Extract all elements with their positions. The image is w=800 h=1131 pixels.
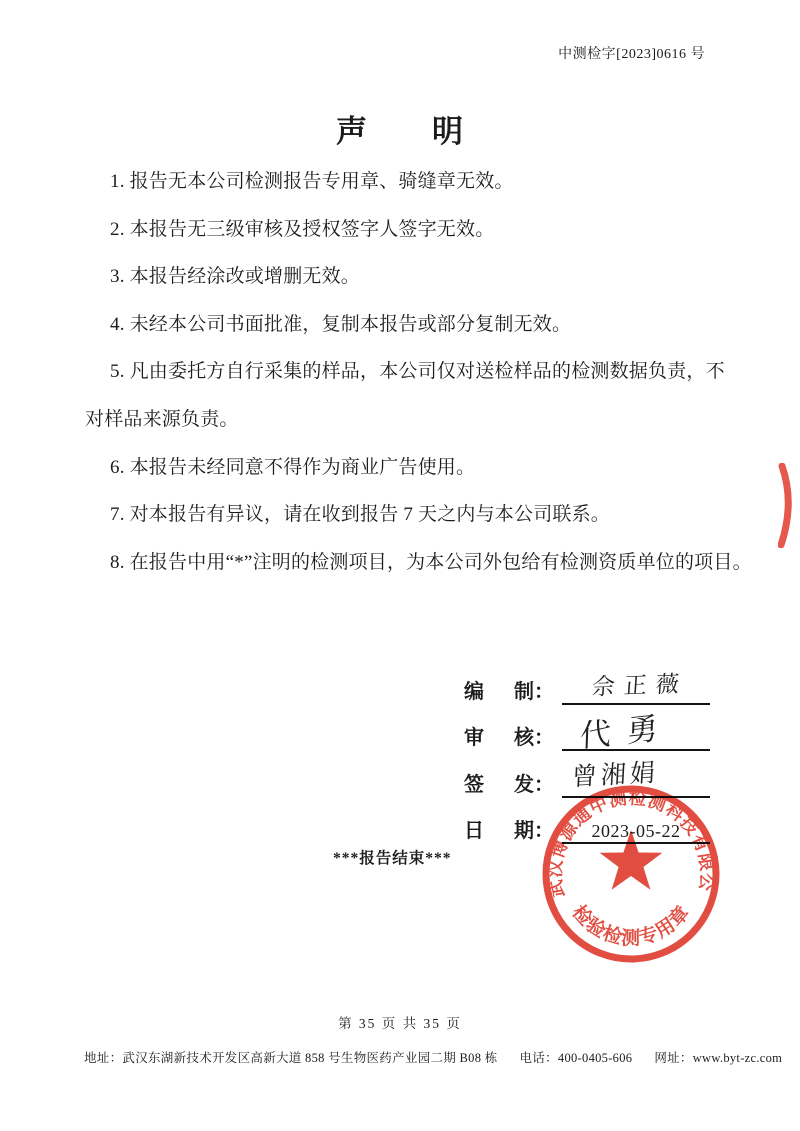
signoff-label-char: 审 <box>464 727 484 749</box>
signoff-label-char: 期： <box>514 820 554 842</box>
statement-list: 1. 报告无本公司检测报告专用章、骑缝章无效。 2. 本报告无三级审核及授权签字… <box>85 158 735 586</box>
page-title: 声 明 <box>0 116 800 147</box>
statement-item: 4. 未经本公司书面批准，复制本报告或部分复制无效。 <box>85 301 735 349</box>
handwritten-signature: 曾湘娟 <box>571 752 660 793</box>
signoff-label-char: 签 <box>464 774 484 796</box>
signature-line: 2023-05-22 <box>562 808 710 844</box>
signoff-label-char: 编 <box>464 681 484 703</box>
statement-item: 7. 对本报告有异议，请在收到报告 7 天之内与本公司联系。 <box>85 491 735 539</box>
footer-address: 地址：武汉东湖新技术开发区高新大道 858 号生物医药产业园二期 B08 栋 <box>84 1048 498 1066</box>
page-number: 第 35 页 共 35 页 <box>0 1012 800 1032</box>
issue-date: 2023-05-22 <box>562 821 710 842</box>
statement-item: 6. 本报告未经同意不得作为商业广告使用。 <box>85 444 735 492</box>
footer: 地址：武汉东湖新技术开发区高新大道 858 号生物医药产业园二期 B08 栋 电… <box>84 1048 744 1066</box>
document-number: 中测检字[2023]0616 号 <box>558 43 705 63</box>
signoff-label-char: 发： <box>514 774 554 796</box>
signoff-label-char: 核： <box>514 727 554 749</box>
signoff-label: 审 核： <box>464 727 554 755</box>
signoff-label: 签 发： <box>464 774 554 802</box>
signature-line: 曾湘娟 <box>562 762 710 798</box>
footer-website: 网址：www.byt-zc.com <box>654 1048 782 1066</box>
signoff-label-char: 制： <box>514 681 554 703</box>
statement-item: 3. 本报告经涂改或增删无效。 <box>85 253 735 301</box>
handwritten-signature: 代勇 <box>579 701 674 756</box>
statement-item: 2. 本报告无三级审核及授权签字人签字无效。 <box>85 206 735 254</box>
signoff-label: 日 期： <box>464 820 554 848</box>
signoff-row-date: 日 期： 2023-05-22 <box>464 802 710 849</box>
signature-line: 佘正薇 <box>562 669 710 705</box>
statement-item: 1. 报告无本公司检测报告专用章、骑缝章无效。 <box>85 158 735 206</box>
signoff-label: 编 制： <box>464 681 554 709</box>
handwritten-signature: 佘正薇 <box>591 665 689 701</box>
edge-seal-fragment-icon <box>778 463 798 548</box>
seal-bottom-label: 检验检测专用章 <box>568 901 695 950</box>
report-statement-page: 中测检字[2023]0616 号 声 明 1. 报告无本公司检测报告专用章、骑缝… <box>0 0 800 1131</box>
svg-text:检验检测专用章: 检验检测专用章 <box>568 901 695 950</box>
statement-item: 8. 在报告中用“*”注明的检测项目，为本公司外包给有检测资质单位的项目。 <box>85 539 735 587</box>
signature-line: 代勇 <box>562 715 710 751</box>
statement-item: 5. 凡由委托方自行采集的样品，本公司仅对送检样品的检测数据负责，不对样品来源负… <box>85 348 735 443</box>
signoff-row-issued-by: 签 发： 曾湘娟 <box>464 755 710 802</box>
report-end-marker: ***报告结束*** <box>333 846 452 868</box>
footer-phone: 电话：400-0405-606 <box>520 1048 633 1066</box>
signoff-label-char: 日 <box>464 820 484 842</box>
signoff-row-reviewed-by: 审 核： 代勇 <box>464 709 710 756</box>
signoff-block: 编 制： 佘正薇 审 核： 代勇 签 发： 曾湘娟 <box>464 662 710 848</box>
